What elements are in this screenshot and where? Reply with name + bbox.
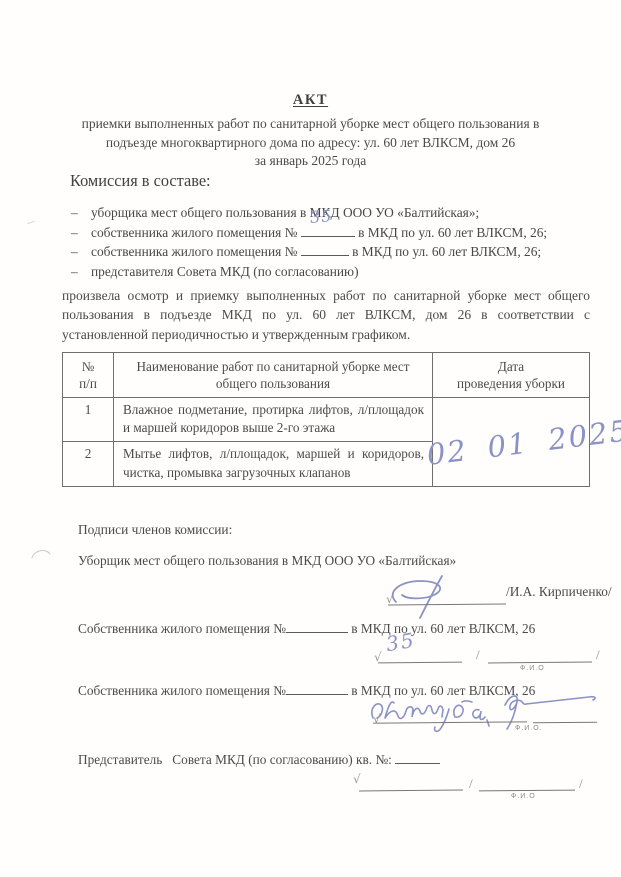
artifact-stroke bbox=[32, 551, 50, 558]
commission-member-list: – уборщика мест общего пользования в МКД… bbox=[71, 203, 583, 281]
member-row: – собственника жилого помещения № в МКД … bbox=[71, 242, 583, 262]
cell-work: Влажное подметание, протирка лифтов, л/п… bbox=[114, 398, 433, 442]
works-table: № п/п Наименование работ по санитарной у… bbox=[62, 352, 590, 487]
handwritten-date: 02 01 2025 bbox=[425, 413, 621, 472]
apartment-number-blank bbox=[301, 242, 349, 256]
scribble-ba bbox=[454, 701, 485, 720]
member-text-pre: собственника жилого помещения № bbox=[91, 244, 297, 259]
body-paragraph: произвела осмотр и приемку выполненных р… bbox=[62, 286, 590, 344]
commission-heading: Комиссия в составе: bbox=[70, 171, 211, 191]
table-header-row: № п/п Наименование работ по санитарной у… bbox=[63, 353, 590, 398]
member-text: уборщика мест общего пользования в МКД О… bbox=[91, 203, 479, 223]
member-text: представителя Совета МКД (по согласовани… bbox=[91, 262, 359, 282]
header-cell-date: Дата проведения уборки bbox=[433, 353, 590, 398]
owner2-number-blank bbox=[286, 681, 348, 695]
fio-line bbox=[479, 790, 575, 792]
subtitle-line-1: приемки выполненных работ по санитарной … bbox=[50, 115, 571, 134]
cleaner-label: Уборщик мест общего пользования в МКД ОО… bbox=[78, 553, 456, 569]
member-row: – собственника жилого помещения № 35 в М… bbox=[71, 223, 583, 243]
list-dash: – bbox=[71, 242, 91, 262]
member-text: собственника жилого помещения № в МКД по… bbox=[91, 242, 541, 262]
document-title: АКТ bbox=[0, 92, 621, 109]
header-num-line1: № bbox=[65, 358, 111, 375]
cell-num: 2 bbox=[63, 442, 114, 486]
cell-date: 02 01 2025 bbox=[433, 398, 590, 487]
subtitle-line-3: за январь 2025 года bbox=[50, 152, 571, 171]
owner2-signature-block: √ Ф.И.О. bbox=[365, 688, 603, 738]
owner1-signature-block: √ 35 / / Ф.И.О bbox=[372, 634, 604, 676]
member-text-post: в МКД по ул. 60 лет ВЛКСМ, 26; bbox=[352, 244, 541, 259]
owner1-label-pre: Собственника жилого помещения № bbox=[78, 621, 286, 636]
handwritten-apartment-number: 35 bbox=[309, 206, 333, 227]
member-row: – представителя Совета МКД (по согласова… bbox=[71, 262, 583, 282]
header-date-line1: Дата bbox=[439, 358, 583, 375]
fio-caption: Ф.И.О bbox=[520, 665, 545, 672]
scribble-flourish bbox=[505, 696, 595, 710]
cell-num: 1 bbox=[63, 398, 114, 442]
slash-separator: / bbox=[596, 647, 600, 663]
representative-apartment-blank bbox=[395, 750, 440, 764]
header-cell-name: Наименование работ по санитарной уборке … bbox=[114, 353, 433, 398]
check-glyph: √ bbox=[373, 712, 381, 726]
handwritten-apartment-number: 35 bbox=[384, 628, 417, 656]
owner2-label-pre: Собственника жилого помещения № bbox=[78, 683, 286, 698]
fio-caption: Ф.И.О bbox=[511, 793, 536, 800]
owner2-signature-scribble bbox=[365, 688, 603, 734]
subtitle-line-2: подъезде многоквартирного дома по адресу… bbox=[50, 134, 571, 153]
cleaner-name: /И.А. Кирпиченко/ bbox=[506, 584, 612, 600]
owner1-number-blank bbox=[286, 619, 348, 633]
apartment-number-blank: 35 bbox=[301, 223, 355, 237]
representative-signature-block: √ / / Ф.И.О bbox=[345, 770, 595, 805]
cell-work: Мытье лифтов, л/площадок, маршей и корид… bbox=[114, 442, 433, 486]
list-dash: – bbox=[71, 262, 91, 282]
scan-artifact-arc bbox=[30, 548, 52, 560]
slash-separator: / bbox=[476, 647, 480, 663]
cleaner-signature-block: √ /И.А. Кирпиченко/ bbox=[380, 570, 608, 620]
member-text-pre: собственника жилого помещения № bbox=[91, 225, 297, 240]
signatures-heading: Подписи членов комиссии: bbox=[78, 522, 232, 538]
cleaner-signature-scribble bbox=[384, 570, 472, 618]
document-subtitle: приемки выполненных работ по санитарной … bbox=[50, 115, 571, 171]
list-dash: – bbox=[71, 203, 91, 223]
member-text-post: в МКД по ул. 60 лет ВЛКСМ, 26; bbox=[358, 225, 547, 240]
header-date-line2: проведения уборки bbox=[439, 375, 583, 392]
scribble-letters bbox=[385, 702, 443, 719]
representative-label: Представитель Совета МКД (по согласовани… bbox=[78, 750, 440, 768]
signature-line bbox=[359, 790, 463, 792]
header-cell-num: № п/п bbox=[63, 353, 114, 398]
representative-label-text: Представитель Совета МКД (по согласовани… bbox=[78, 752, 392, 767]
member-text: собственника жилого помещения № 35 в МКД… bbox=[91, 223, 547, 243]
slash-separator: / bbox=[579, 776, 583, 792]
scan-artifact-dash bbox=[27, 221, 35, 224]
list-dash: – bbox=[71, 223, 91, 243]
signature-line bbox=[378, 662, 462, 664]
slash-separator: / bbox=[469, 776, 473, 792]
fio-line bbox=[488, 662, 592, 664]
check-glyph: √ bbox=[353, 772, 361, 786]
scanned-act-document: АКТ приемки выполненных работ по санитар… bbox=[0, 0, 621, 877]
header-num-line2: п/п bbox=[65, 375, 111, 392]
fio-caption: Ф.И.О. bbox=[515, 725, 543, 732]
table-row: 1 Влажное подметание, протирка лифтов, л… bbox=[63, 398, 590, 442]
